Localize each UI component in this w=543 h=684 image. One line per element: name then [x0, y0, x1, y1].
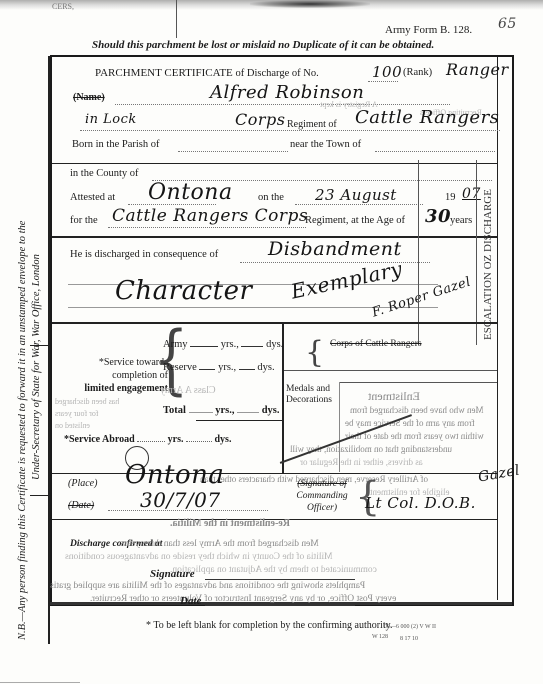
regiment-age-label: Regiment, at the Age of — [305, 215, 405, 226]
total-underline — [196, 420, 284, 421]
side-tick-2 — [30, 495, 48, 496]
bleed-enlistment-heading: Enlistment — [368, 389, 420, 404]
corps-stamp: Corps of Cattle Rangers — [330, 339, 422, 349]
attested-place-line — [128, 204, 216, 205]
attested-label: Attested at — [70, 192, 115, 203]
attested-date-line — [295, 204, 423, 205]
commanding-label-2: Commanding — [288, 490, 356, 502]
commanding-officer-label: (Signature of Commanding Officer) — [288, 478, 356, 514]
frame-inner-right-rule — [497, 57, 498, 600]
total-yrs-label: yrs., — [215, 405, 234, 416]
lower-date-line — [205, 605, 355, 606]
certificate-title: PARCHMENT CERTIFICATE of Discharge of No… — [95, 67, 319, 79]
medals-rule-2 — [340, 382, 497, 383]
abroad-yrs-label: yrs. — [168, 434, 184, 445]
town-line — [375, 151, 495, 152]
for-the-label: for the — [70, 215, 98, 226]
medals-rule-1 — [284, 370, 497, 371]
abroad-label: *Service Abroad — [64, 434, 135, 445]
officer-signature: Lt Col. D.O.B. — [365, 494, 476, 512]
bleed-line-c: within two years from the date of their — [345, 431, 484, 441]
lower-signature-line — [205, 579, 355, 580]
duplicate-warning: Should this parchment be lost or mislaid… — [92, 39, 434, 51]
bleed-line-l: every Post Office, or by any Sergeant In… — [90, 594, 396, 604]
army-yrs-label: yrs., — [221, 339, 239, 350]
age-value: 30 — [425, 206, 451, 227]
discharge-reason: Disbandment — [268, 238, 402, 260]
county-label: in the County of — [70, 168, 139, 179]
right-margin-stamp: ESCALATION OZ DISCHARGE — [482, 189, 494, 340]
form-number: Army Form B. 128. — [385, 24, 472, 36]
regiment-label: Regiment of — [287, 119, 337, 130]
bottom-edge-mark — [0, 682, 80, 683]
printer-stamp: W 128 — [372, 634, 388, 640]
number-line — [368, 81, 398, 82]
character-label: Character — [115, 276, 252, 306]
parish-line — [178, 151, 288, 152]
army-row: Army yrs., dys. — [163, 339, 283, 350]
printer-code-1: 00—6 000 (2) V W II — [384, 624, 436, 630]
medals-label: Medals and Decorations — [286, 384, 340, 406]
abroad-dys-label: dys. — [215, 434, 232, 445]
for-unit-value: Cattle Rangers Corps — [112, 206, 308, 226]
service-label-line2: completion of — [62, 369, 168, 382]
footer-note: * To be left blank for completion by the… — [146, 620, 392, 631]
commanding-label-3: Officer) — [288, 502, 356, 514]
attested-year: 07 — [462, 186, 481, 202]
bleed-line-e: as drivers, either in the Regular or — [300, 457, 423, 467]
top-stub-text: CERS, — [52, 2, 74, 11]
service-number: 100 — [372, 63, 402, 81]
scan-shadow-blob — [250, 0, 370, 8]
side-tick-1 — [30, 345, 48, 346]
date-line — [108, 510, 268, 511]
bleed-line-a: Men who have been discharged from — [350, 405, 484, 415]
abroad-row: *Service Abroad yrs. dys. — [64, 434, 231, 445]
place-label: (Place) — [68, 478, 97, 489]
army-dys-label: dys. — [266, 339, 283, 350]
bleed-left-2: for four years — [55, 409, 99, 418]
total-label: Total — [163, 405, 186, 416]
medals-brace: { — [305, 335, 324, 370]
bleed-left-3: enlisted on — [55, 421, 90, 430]
reserve-dys-label: dys. — [257, 362, 274, 373]
lower-date-label: Date — [180, 595, 201, 607]
regiment-line — [80, 130, 500, 131]
rule-before-service — [52, 322, 497, 324]
lower-signature-label: Signature — [150, 568, 195, 580]
years-label: years — [450, 215, 472, 226]
side-note-line1: N.B.—Any person finding this Certificate… — [17, 221, 28, 640]
commanding-label-1: (Signature of — [288, 478, 356, 490]
service-label-line3: limited engagement — [62, 382, 168, 395]
on-the-label: on the — [258, 192, 284, 203]
army-label: Army — [163, 339, 188, 350]
right-strip-divider — [418, 160, 419, 345]
born-label: Born in the Parish of — [72, 139, 160, 150]
rule-after-born — [52, 163, 497, 164]
right-strip-divider-2 — [476, 160, 477, 345]
side-note-line2: Under-Secretary of State for War, War Of… — [31, 254, 42, 480]
rank-label: (Rank) — [403, 67, 432, 78]
name-line — [115, 104, 450, 105]
unit-prefix: in Lock — [85, 112, 137, 127]
rank-value: Ranger — [446, 60, 509, 79]
total-row: Total yrs., dys. — [163, 405, 280, 416]
bleed-line-h: Men discharged from the Army less than t… — [120, 539, 319, 549]
page-annotation: 65 — [498, 16, 517, 32]
place-value: Ontona — [125, 460, 224, 490]
reserve-yrs-label: yrs., — [218, 362, 236, 373]
regiment-value: Cattle Rangers — [355, 107, 499, 128]
top-stub-divider — [176, 0, 177, 38]
bleed-line-j: communicated to them by the Adjutant on … — [170, 565, 377, 575]
bleed-left-1: has been discharged — [55, 397, 119, 406]
reserve-row: Reserve yrs., dys. — [163, 362, 275, 373]
bleed-line-k: Pamphlets showing the conditions and adv… — [50, 581, 365, 591]
total-dys-label: dys. — [262, 405, 280, 416]
date-label: (Date) — [68, 500, 94, 511]
bleed-class-a-army: Class A Army — [160, 385, 216, 396]
certificate-title-suffix: of Discharge of No. — [236, 68, 319, 79]
printer-code-2: 8 17 10 — [400, 636, 418, 642]
service-label-line1: *Service towards — [62, 356, 168, 369]
date-value: 30/7/07 — [140, 488, 221, 512]
discharge-line — [240, 262, 430, 263]
bleed-line-b: from any arm of the Service may be — [345, 418, 475, 428]
certificate-title-text: PARCHMENT CERTIFICATE — [95, 67, 233, 79]
bleed-line-i: Militia of the County in which they resi… — [65, 552, 333, 562]
attested-place: Ontona — [148, 180, 233, 205]
near-town-label: near the Town of — [290, 139, 361, 150]
service-label: *Service towards completion of limited e… — [62, 356, 168, 395]
bleed-reenlistment-heading: Re-enlistment in the Militia. — [170, 518, 290, 529]
for-unit-line — [108, 227, 306, 228]
year-prefix: 19 — [445, 192, 456, 203]
name-label: (Name) — [73, 92, 105, 103]
discharge-label: He is discharged in consequence of — [70, 249, 218, 260]
reserve-label: Reserve — [163, 362, 197, 373]
attested-date: 23 August — [315, 186, 397, 204]
corps-value: Corps — [235, 110, 285, 129]
